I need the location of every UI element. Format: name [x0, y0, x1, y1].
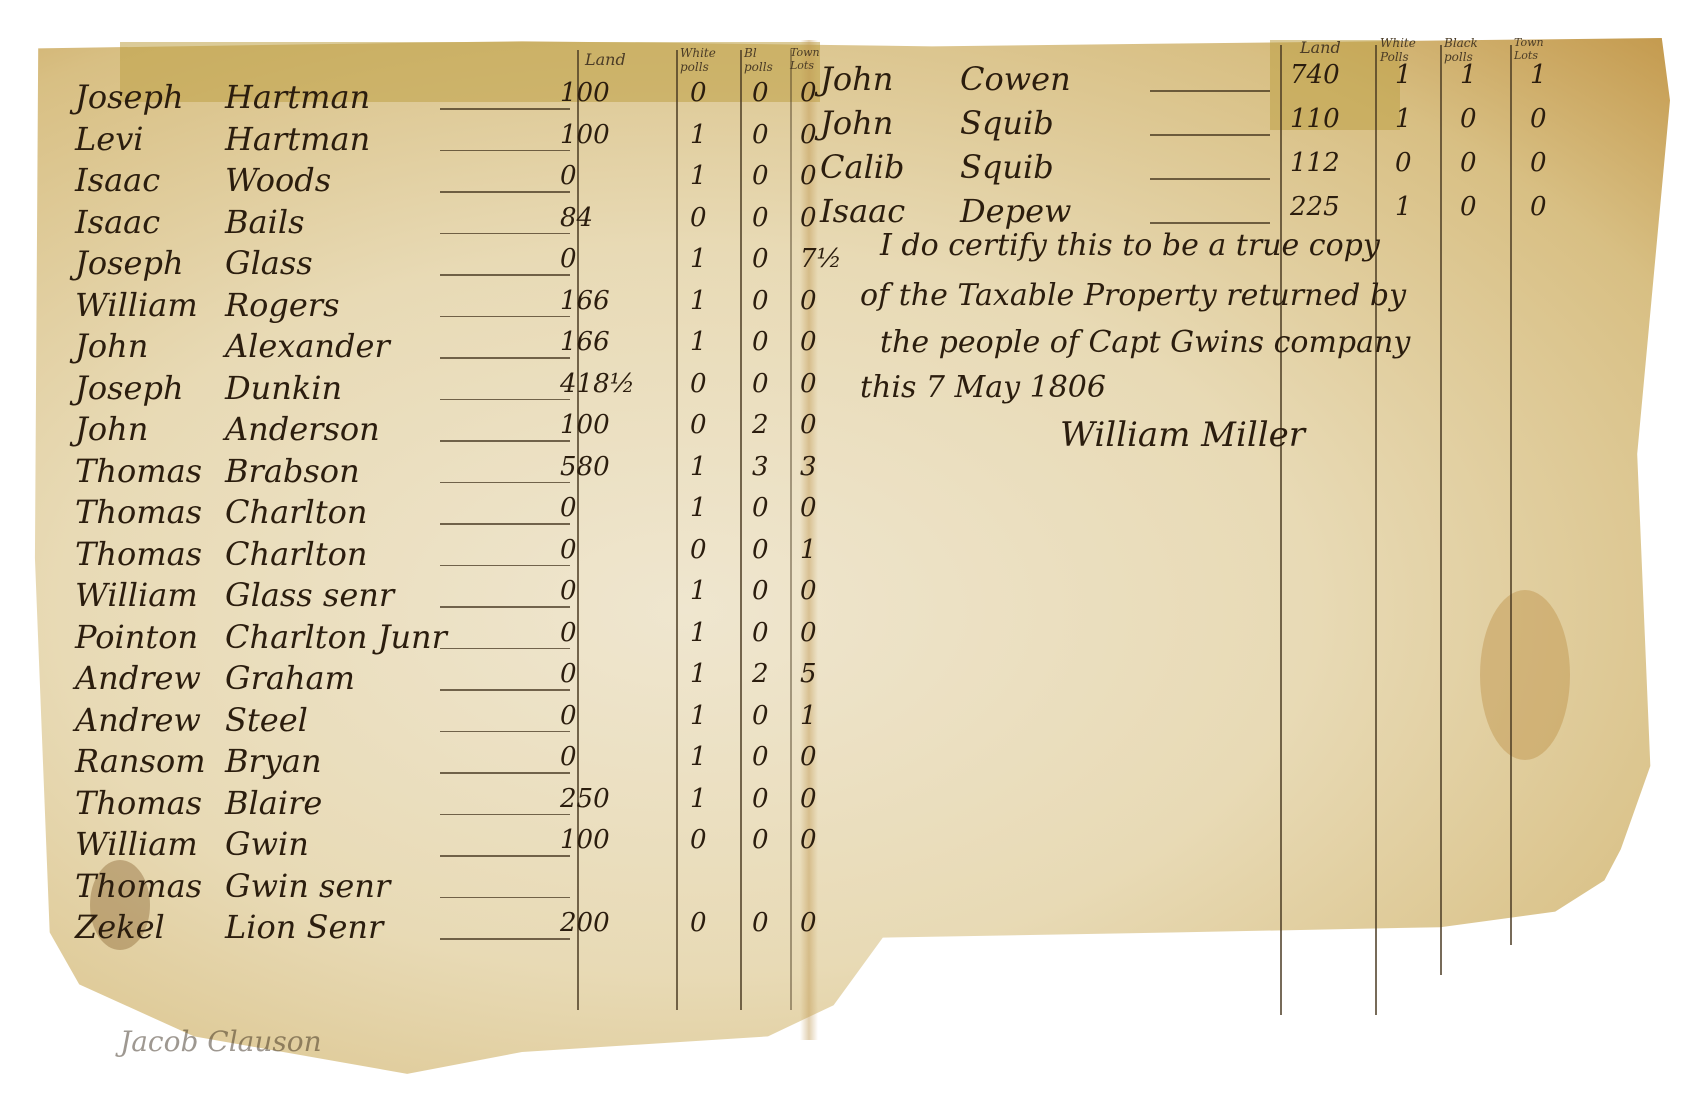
entry-first-name: Thomas: [75, 535, 202, 573]
entry-white-polls: 1: [1395, 104, 1412, 134]
entry-white-polls: 0: [690, 410, 707, 440]
entry-land: 0: [560, 535, 577, 565]
header-land: Land: [585, 50, 626, 69]
entry-town-lots: 0: [800, 161, 817, 191]
entry-leader-line: [440, 482, 570, 484]
entry-leader-line: [440, 399, 570, 401]
entry-white-polls: 0: [690, 78, 707, 108]
entry-black-polls: 0: [752, 908, 769, 938]
entry-black-polls: 0: [1460, 104, 1477, 134]
entry-first-name: John: [820, 60, 893, 98]
entry-first-name: Isaac: [75, 161, 160, 199]
entry-first-name: Isaac: [820, 192, 905, 230]
entry-town-lots: 0: [1530, 104, 1547, 134]
column-rule: [790, 50, 792, 1010]
entry-black-polls: 0: [1460, 148, 1477, 178]
entry-last-name: Cowen: [960, 60, 1071, 98]
entry-leader-line: [440, 316, 570, 318]
entry-leader-line: [1150, 222, 1270, 224]
entry-last-name: Bails: [225, 203, 304, 241]
entry-black-polls: 0: [752, 327, 769, 357]
entry-first-name: Joseph: [75, 78, 184, 116]
entry-land: 580: [560, 452, 610, 482]
entry-land: 0: [560, 618, 577, 648]
entry-white-polls: 1: [690, 742, 707, 772]
entry-leader-line: [440, 814, 570, 816]
entry-white-polls: 1: [1395, 192, 1412, 222]
entry-white-polls: 1: [690, 120, 707, 150]
entry-first-name: Andrew: [75, 701, 201, 739]
entry-leader-line: [440, 648, 570, 650]
entry-white-polls: 1: [690, 659, 707, 689]
entry-leader-line: [440, 523, 570, 525]
entry-last-name: Woods: [225, 161, 331, 199]
entry-first-name: Thomas: [75, 452, 202, 490]
entry-first-name: John: [75, 410, 148, 448]
entry-first-name: Zekel: [75, 908, 165, 946]
entry-leader-line: [440, 938, 570, 940]
entry-town-lots: 0: [800, 742, 817, 772]
entry-white-polls: 0: [690, 908, 707, 938]
entry-white-polls: 1: [690, 327, 707, 357]
entry-leader-line: [1150, 134, 1270, 136]
entry-leader-line: [440, 233, 570, 235]
entry-white-polls: 1: [690, 493, 707, 523]
entry-black-polls: 0: [752, 535, 769, 565]
entry-last-name: Graham: [225, 659, 355, 697]
entry-last-name: Hartman: [225, 78, 370, 116]
entry-town-lots: 0: [800, 784, 817, 814]
entry-first-name: Calib: [820, 148, 905, 186]
entry-town-lots: 0: [800, 908, 817, 938]
entry-town-lots: 0: [1530, 148, 1547, 178]
entry-white-polls: 1: [690, 244, 707, 274]
entry-black-polls: 0: [1460, 192, 1477, 222]
entry-land: 100: [560, 78, 610, 108]
entry-town-lots: 0: [800, 120, 817, 150]
entry-land: 0: [560, 493, 577, 523]
entry-first-name: Thomas: [75, 493, 202, 531]
entry-black-polls: 2: [752, 659, 769, 689]
column-rule: [676, 50, 678, 1010]
column-rule: [1375, 45, 1377, 1015]
entry-first-name: Joseph: [75, 369, 184, 407]
entry-black-polls: 0: [752, 618, 769, 648]
entry-leader-line: [440, 357, 570, 359]
entry-leader-line: [440, 689, 570, 691]
entry-white-polls: 1: [1395, 60, 1412, 90]
column-rule: [1440, 45, 1442, 975]
entry-last-name: Charlton: [225, 493, 367, 531]
entry-white-polls: 0: [690, 825, 707, 855]
entry-white-polls: 1: [690, 618, 707, 648]
entry-black-polls: 0: [752, 493, 769, 523]
entry-white-polls: 0: [1395, 148, 1412, 178]
entry-town-lots: 0: [800, 203, 817, 233]
entry-black-polls: 3: [752, 452, 769, 482]
torn-bottom-entry: Jacob Clauson: [120, 1025, 322, 1058]
entry-first-name: John: [820, 104, 893, 142]
entry-black-polls: 0: [752, 203, 769, 233]
entry-last-name: Dunkin: [225, 369, 342, 407]
header-land: Land: [1300, 38, 1341, 57]
entry-last-name: Charlton Junr: [225, 618, 447, 656]
entry-last-name: Lion Senr: [225, 908, 383, 946]
header-black-polls: Bl polls: [744, 46, 784, 74]
certification-line-2: of the Taxable Property returned by: [860, 278, 1406, 313]
header-white-polls: White polls: [680, 46, 740, 74]
entry-leader-line: [1150, 90, 1270, 92]
entry-white-polls: 1: [690, 161, 707, 191]
entry-town-lots: 3: [800, 452, 817, 482]
entry-last-name: Glass: [225, 244, 313, 282]
entry-black-polls: 0: [752, 286, 769, 316]
entry-leader-line: [440, 855, 570, 857]
entry-last-name: Blaire: [225, 784, 322, 822]
entry-leader-line: [1150, 178, 1270, 180]
column-rule: [740, 50, 742, 1010]
entry-last-name: Anderson: [225, 410, 380, 448]
entry-black-polls: 1: [1460, 60, 1477, 90]
entry-white-polls: 1: [690, 452, 707, 482]
entry-first-name: John: [75, 327, 148, 365]
entry-last-name: Depew: [960, 192, 1071, 230]
entry-black-polls: 0: [752, 369, 769, 399]
column-rule: [1280, 45, 1282, 1015]
entry-black-polls: 0: [752, 576, 769, 606]
entry-land: 166: [560, 327, 610, 357]
entry-first-name: Joseph: [75, 244, 184, 282]
entry-last-name: Rogers: [225, 286, 340, 324]
entry-last-name: Squib: [960, 104, 1054, 142]
entry-town-lots: 1: [1530, 60, 1547, 90]
entry-leader-line: [440, 274, 570, 276]
entry-town-lots: 0: [1530, 192, 1547, 222]
entry-leader-line: [440, 150, 570, 152]
entry-white-polls: 1: [690, 784, 707, 814]
entry-white-polls: 1: [690, 701, 707, 731]
entry-land: 0: [560, 576, 577, 606]
entry-first-name: Ransom: [75, 742, 206, 780]
entry-leader-line: [440, 191, 570, 193]
entry-first-name: William: [75, 286, 198, 324]
entry-last-name: Gwin: [225, 825, 309, 863]
entry-first-name: Levi: [75, 120, 144, 158]
entry-land: 112: [1290, 148, 1340, 178]
entry-land: 84: [560, 203, 593, 233]
entry-land: 740: [1290, 60, 1340, 90]
entry-last-name: Brabson: [225, 452, 360, 490]
entry-town-lots: 5: [800, 659, 817, 689]
entry-town-lots: 0: [800, 410, 817, 440]
entry-leader-line: [440, 108, 570, 110]
entry-town-lots: 1: [800, 701, 817, 731]
entry-land: 100: [560, 120, 610, 150]
entry-first-name: William: [75, 825, 198, 863]
entry-town-lots: 0: [800, 369, 817, 399]
entry-black-polls: 0: [752, 244, 769, 274]
entry-leader-line: [440, 772, 570, 774]
entry-black-polls: 2: [752, 410, 769, 440]
entry-first-name: Pointon: [75, 618, 198, 656]
header-town-lots: Town Lots: [1514, 36, 1554, 62]
entry-first-name: Thomas: [75, 784, 202, 822]
entry-land: 250: [560, 784, 610, 814]
entry-leader-line: [440, 897, 570, 899]
certification-line-4: this 7 May 1806: [860, 370, 1106, 405]
entry-first-name: William: [75, 576, 198, 614]
entry-leader-line: [440, 606, 570, 608]
entry-last-name: Hartman: [225, 120, 370, 158]
entry-land: 100: [560, 410, 610, 440]
certification-line-3: the people of Capt Gwins company: [880, 325, 1410, 360]
entry-last-name: Squib: [960, 148, 1054, 186]
signature: William Miller: [1060, 415, 1305, 455]
entry-town-lots: 7½: [800, 244, 842, 274]
entry-first-name: Thomas: [75, 867, 202, 905]
column-rule: [577, 50, 579, 1010]
entry-last-name: Bryan: [225, 742, 322, 780]
entry-white-polls: 0: [690, 203, 707, 233]
entry-last-name: Alexander: [225, 327, 390, 365]
entry-white-polls: 1: [690, 576, 707, 606]
entry-land: 0: [560, 244, 577, 274]
entry-town-lots: 0: [800, 493, 817, 523]
entry-land: 100: [560, 825, 610, 855]
entry-last-name: Charlton: [225, 535, 367, 573]
entry-leader-line: [440, 565, 570, 567]
entry-land: 0: [560, 659, 577, 689]
certification-line-1: I do certify this to be a true copy: [880, 228, 1380, 263]
entry-leader-line: [440, 731, 570, 733]
entry-black-polls: 0: [752, 742, 769, 772]
entry-last-name: Steel: [225, 701, 308, 739]
entry-black-polls: 0: [752, 78, 769, 108]
entry-white-polls: 1: [690, 286, 707, 316]
entry-last-name: Glass senr: [225, 576, 394, 614]
entry-land: 200: [560, 908, 610, 938]
entry-first-name: Isaac: [75, 203, 160, 241]
entry-black-polls: 0: [752, 701, 769, 731]
entry-land: 0: [560, 742, 577, 772]
entry-leader-line: [440, 440, 570, 442]
entry-black-polls: 0: [752, 825, 769, 855]
entry-first-name: Andrew: [75, 659, 201, 697]
entry-white-polls: 0: [690, 535, 707, 565]
entry-land: 418½: [560, 369, 635, 399]
entry-black-polls: 0: [752, 120, 769, 150]
entry-town-lots: 1: [800, 535, 817, 565]
header-town-lots: Town Lots: [790, 46, 818, 72]
entry-white-polls: 0: [690, 369, 707, 399]
entry-town-lots: 0: [800, 327, 817, 357]
entry-town-lots: 0: [800, 825, 817, 855]
entry-town-lots: 0: [800, 286, 817, 316]
entry-land: 0: [560, 161, 577, 191]
entry-land: 110: [1290, 104, 1340, 134]
entry-last-name: Gwin senr: [225, 867, 390, 905]
entry-land: 0: [560, 701, 577, 731]
entry-town-lots: 0: [800, 618, 817, 648]
water-stain: [1480, 590, 1570, 760]
entry-town-lots: 0: [800, 78, 817, 108]
entry-black-polls: 0: [752, 784, 769, 814]
entry-black-polls: 0: [752, 161, 769, 191]
entry-town-lots: 0: [800, 576, 817, 606]
entry-land: 225: [1290, 192, 1340, 222]
column-rule: [1510, 45, 1512, 945]
entry-land: 166: [560, 286, 610, 316]
